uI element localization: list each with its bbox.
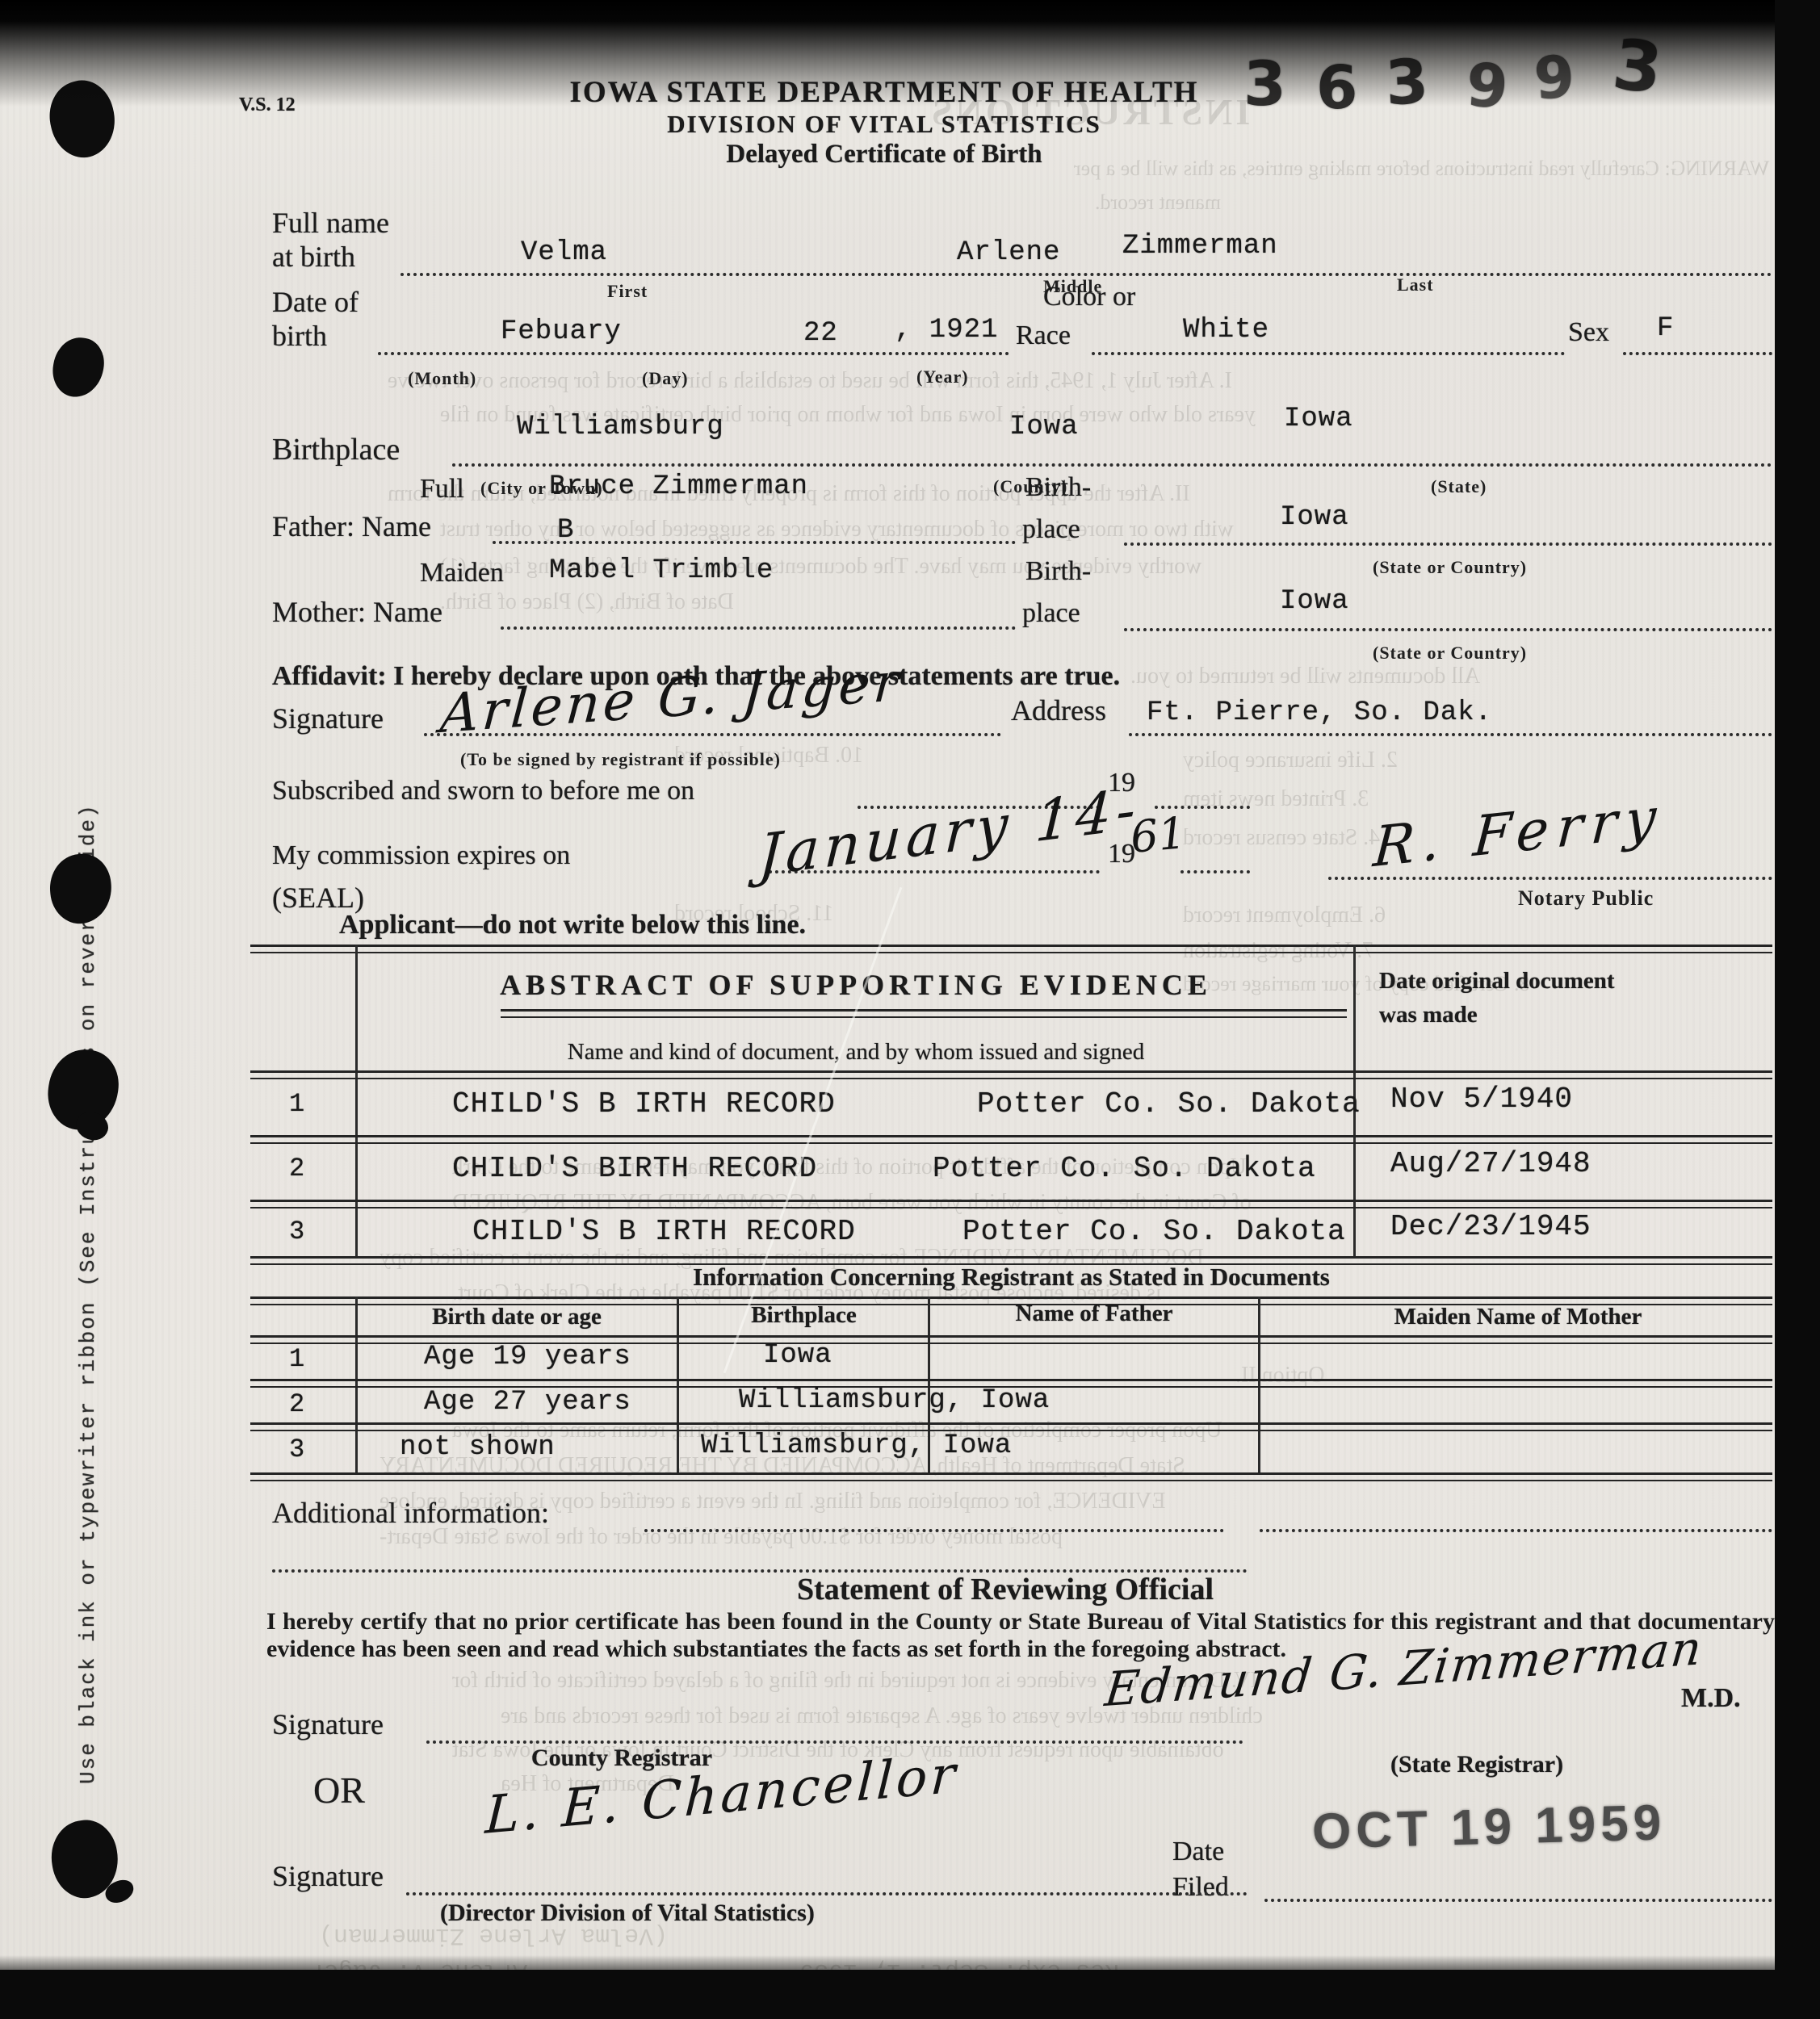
registrant-row-birthdate: Age 27 years (424, 1389, 631, 1416)
father-name-on-line: B (557, 517, 574, 544)
abstract-row-issuer: Potter Co. So. Dakota (977, 1090, 1361, 1119)
date-filed-rule (1264, 1899, 1772, 1902)
address-label: Address (1011, 696, 1106, 727)
ghost-list-2: 2. Life insurance policy (1183, 749, 1398, 772)
year-sublabel: (Year) (916, 367, 969, 387)
registrant-row-birthdate: Age 19 years (424, 1343, 631, 1371)
applicant-do-not-write-note: Applicant—do not write below this line. (339, 911, 806, 940)
ghost-item-1a: I. After July 1, 1945, this form will be… (388, 370, 1232, 392)
abstract-row-issuer: Potter Co. So. Dakota (962, 1217, 1346, 1246)
father-full-qualifier: Full (420, 475, 464, 504)
scan-edge-right (1775, 0, 1820, 2019)
date-filed-label-line2: Filed (1172, 1873, 1229, 1902)
additional-information-label: Additional information: (272, 1498, 549, 1529)
abstract-row-kind: CHILD'S B IRTH RECORD (472, 1217, 856, 1246)
or-label: OR (313, 1771, 365, 1810)
abstract-row-kind: CHILD'S B IRTH RECORD (452, 1090, 836, 1119)
first-sublabel: First (607, 281, 648, 302)
ghost-all-documents: All documents will be returned to you. (1130, 665, 1480, 688)
mother-birthplace-value: Iowa (1280, 588, 1349, 615)
registrant-row-number: 3 (289, 1437, 305, 1463)
mother-birthplace-label-line2: place (1022, 599, 1080, 628)
registrant-col-father: Name of Father (937, 1301, 1252, 1326)
mother-name-label: Mother: Name (272, 597, 442, 628)
abstract-row-issuer: Potter Co. So. Dakota (933, 1154, 1316, 1183)
division-title: DIVISION OF VITAL STATISTICS (484, 111, 1284, 138)
director-signature-label: Signature (272, 1862, 384, 1892)
father-birthplace-sublabel: (State or Country) (1373, 557, 1527, 578)
registrant-signature-sublabel: (To be signed by registrant if possible) (460, 749, 781, 770)
date-filed-stamp: OCT 19 1959 (1311, 1794, 1667, 1860)
abstract-row-number: 3 (289, 1219, 305, 1245)
ghost-list-6: 6. Employment record (1183, 904, 1386, 927)
registrant-signature-label: Signature (272, 704, 384, 735)
abstract-row-divider (250, 1200, 1772, 1208)
last-sublabel: Last (1397, 274, 1434, 295)
date-of-birth-label-line1: Date of (272, 287, 359, 318)
registrant-col-birthdate: Birth date or age (363, 1305, 670, 1329)
additional-info-rule-1b (1260, 1529, 1772, 1532)
abstract-row-number: 2 (289, 1156, 305, 1182)
abstract-date-col-label2: was made (1379, 1003, 1478, 1027)
abstract-number-divider (355, 945, 358, 1256)
abstract-header-rule (250, 1070, 1772, 1079)
mother-birthplace-rule (1124, 628, 1772, 631)
registrant-row-birthplace: Williamsburg, Iowa (739, 1387, 1050, 1414)
notary-signature-rule (1328, 877, 1772, 880)
ghost-item-2d: Date of Birth, (2) Place of Birth. (440, 591, 734, 614)
first-name-value: Velma (521, 239, 607, 266)
additional-info-rule-1 (644, 1529, 1224, 1532)
registrant-col-birthplace: Birthplace (685, 1303, 923, 1327)
registrant-row-birthplace: Iowa (763, 1342, 832, 1369)
abstract-row-date: Nov 5/1940 (1390, 1085, 1573, 1114)
commission-label: My commission expires on (272, 841, 570, 870)
full-name-label-line1: Full name (272, 208, 389, 239)
sex-rule (1623, 352, 1772, 355)
date-of-birth-label-line2: birth (272, 321, 327, 352)
registrant-info-title: Information Concerning Registrant as Sta… (250, 1264, 1772, 1291)
scan-edge-bottom-fade (0, 1955, 1820, 1971)
date-filed-label-line1: Date (1172, 1837, 1224, 1866)
abstract-title-underline (501, 1009, 1347, 1018)
sex-value: F (1657, 315, 1674, 342)
father-name-rule (493, 541, 1016, 544)
abstract-row-date: Dec/23/1945 (1390, 1213, 1591, 1242)
father-birthplace-rule (1124, 542, 1772, 546)
day-sublabel: (Day) (642, 368, 689, 389)
father-name-value: Bruce Zimmerman (549, 473, 808, 501)
certificate-title: Delayed Certificate of Birth (484, 140, 1284, 169)
state-sublabel: (State) (1431, 476, 1487, 497)
registrant-col-mother: Maiden Name of Mother (1268, 1305, 1768, 1329)
registrant-row-birthdate: not shown (400, 1434, 556, 1461)
notary-public-label: Notary Public (1518, 886, 1654, 911)
race-value: White (1183, 316, 1269, 344)
month-sublabel: (Month) (408, 368, 476, 389)
birthplace-state-value: Iowa (1284, 405, 1353, 433)
birthplace-county-value: Iowa (1009, 413, 1079, 441)
commission-rule2 (1180, 870, 1250, 873)
state-registrar-label: (State Registrar) (1390, 1752, 1563, 1778)
abstract-title: ABSTRACT OF SUPPORTING EVIDENCE (363, 970, 1348, 1001)
birthplace-city-value: Williamsburg (517, 413, 724, 441)
ghost-bottom-name: (Velma Arlene Zimmerman) (319, 1923, 668, 1947)
color-or-label: Color or (1043, 283, 1135, 312)
race-rule (1092, 352, 1565, 355)
mother-name-rule (501, 626, 1016, 630)
registrant-row-birthplace: Williamsburg, Iowa (701, 1432, 1012, 1460)
registrant-row-number: 2 (289, 1392, 305, 1418)
reviewing-official-title: Statement of Reviewing Official (642, 1574, 1369, 1606)
registrant-row-number: 1 (289, 1347, 305, 1372)
address-rule (1129, 733, 1772, 736)
father-birthplace-label-line2: place (1022, 515, 1080, 544)
father-name-label: Father: Name (272, 512, 431, 542)
abstract-subtitle: Name and kind of document, and by whom i… (363, 1040, 1348, 1064)
birth-year-value: , 1921 (895, 316, 998, 344)
date-rule (378, 352, 1009, 355)
director-signature-rule (406, 1892, 1248, 1895)
middle-name-value: Arlene (957, 239, 1060, 266)
last-name-value: Zimmerman (1122, 232, 1278, 260)
abstract-row-number: 1 (289, 1091, 305, 1117)
scanned-delayed-birth-certificate: INSTRUCTIONS WARNING: Carefully read ins… (0, 0, 1820, 2019)
abstract-row-date: Aug/27/1948 (1390, 1150, 1591, 1179)
margin-instruction-note: Use black ink or typewriter ribbon (See … (78, 250, 120, 1784)
mother-birthplace-label-line1: Birth- (1025, 557, 1091, 586)
sex-label: Sex (1568, 318, 1609, 347)
birth-month-value: Febuary (501, 318, 622, 346)
scan-edge-top (0, 0, 1820, 107)
address-value: Ft. Pierre, So. Dak. (1147, 699, 1492, 727)
abstract-row-divider (250, 1135, 1772, 1144)
commission-year-handwriting: 61 (1129, 811, 1188, 860)
md-label: M.D. (1681, 1684, 1741, 1713)
birth-day-value: 22 (803, 320, 838, 347)
father-birthplace-value: Iowa (1280, 504, 1349, 531)
sworn-label: Subscribed and sworn to before me on (272, 777, 694, 806)
county-signature-label: Signature (272, 1710, 384, 1740)
ghost-list-4: 4. State census record (1183, 827, 1380, 849)
abstract-row-kind: CHILD'S BIRTH RECORD (452, 1154, 817, 1183)
scan-edge-bottom (0, 1970, 1820, 2019)
mother-birthplace-sublabel: (State or Country) (1373, 643, 1527, 664)
county-signature-rule (426, 1740, 1243, 1744)
mother-maiden-qualifier: Maiden (420, 559, 504, 588)
birthplace-rule (452, 463, 1772, 467)
ghost-warning-line2: manent record. (1095, 192, 1221, 213)
father-birthplace-label-line1: Birth- (1025, 473, 1091, 502)
registrant-bottom-rule (250, 1472, 1772, 1481)
mother-name-value: Mabel Trimble (549, 557, 774, 584)
abstract-top-rule (250, 945, 1772, 953)
race-label: Race (1016, 321, 1071, 350)
birthplace-label: Birthplace (272, 434, 400, 467)
abstract-date-col-label1: Date original document (1379, 969, 1615, 993)
full-name-label-line2: at birth (272, 242, 355, 273)
